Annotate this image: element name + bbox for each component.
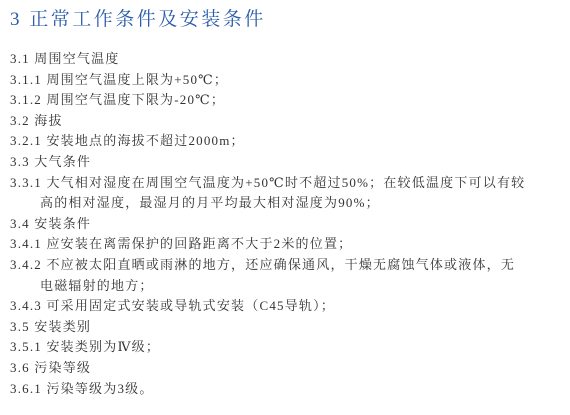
paragraph-3-1-2: 3.1.2 周围空气温度下限为-20℃； [10, 90, 528, 111]
paragraph-3-1-1: 3.1.1 周围空气温度上限为+50℃； [10, 70, 528, 91]
paragraph-3-4-3: 3.4.3 可采用固定式安装或导轨式安装（C45导轨）； [10, 296, 528, 317]
paragraph-3-5: 3.5 安装类别 [10, 317, 528, 338]
paragraph-3-2-1: 3.2.1 安装地点的海拔不超过2000m； [10, 131, 528, 152]
paragraph-3-3-1: 3.3.1 大气相对湿度在周围空气温度为+50℃时不超过50%；在较低温度下可以… [10, 173, 528, 214]
paragraph-3-5-1: 3.5.1 安装类别为Ⅳ级； [10, 337, 528, 358]
paragraph-3-4: 3.4 安装条件 [10, 214, 528, 235]
paragraph-3-6: 3.6 污染等级 [10, 358, 528, 379]
paragraph-3-2: 3.2 海拔 [10, 111, 528, 132]
paragraph-3-3: 3.3 大气条件 [10, 152, 528, 173]
paragraph-3-4-2: 3.4.2 不应被太阳直晒或雨淋的地方，还应确保通风，干燥无腐蚀气体或液体，无电… [10, 255, 528, 296]
document-body: 3.1 周围空气温度 3.1.1 周围空气温度上限为+50℃； 3.1.2 周围… [10, 49, 528, 399]
document-page: 3 正常工作条件及安装条件 3.1 周围空气温度 3.1.1 周围空气温度上限为… [0, 0, 570, 415]
paragraph-3-4-1: 3.4.1 应安装在离需保护的回路距离不大于2米的位置； [10, 234, 528, 255]
paragraph-3-1: 3.1 周围空气温度 [10, 49, 528, 70]
paragraph-3-6-1: 3.6.1 污染等级为3级。 [10, 379, 528, 400]
page-title: 3 正常工作条件及安装条件 [10, 7, 528, 33]
